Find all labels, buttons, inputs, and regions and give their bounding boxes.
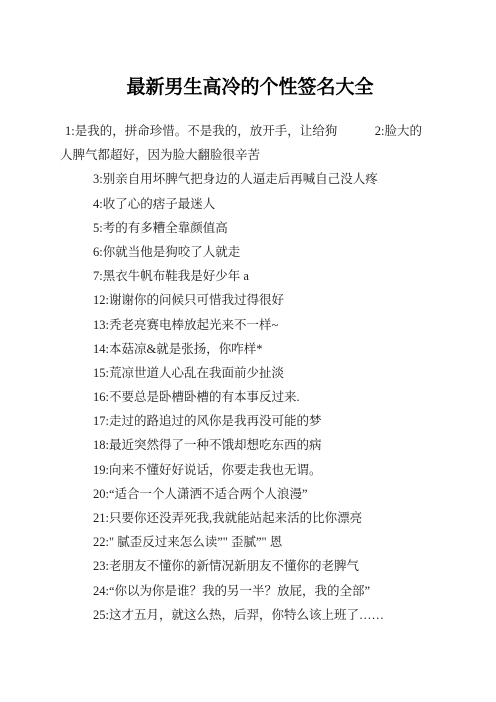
text-line: 21:只要你还没弄死我,我就能站起来活的比你漂亮	[60, 506, 440, 530]
text-line: 7:黑衣牛帆布鞋我是好少年 a	[60, 264, 440, 288]
text-line: 13:秃老亮赛电棒放起光来不一样~	[60, 313, 440, 337]
page-title: 最新男生高冷的个性签名大全	[60, 76, 440, 99]
text-line: 3:别亲自用坏脾气把身边的人逼走后再喊自己没人疼	[60, 167, 440, 191]
document-body: 1:是我的，拼命珍惜。不是我的，放开手，让给狗 2:脸大的 人脾气都超好，因为脸…	[60, 119, 440, 627]
text-line: 19:向来不懂好好说话，你要走我也无谓。	[60, 458, 440, 482]
text-line: 25:这才五月，就这么热，后羿，你特么该上班了……	[60, 603, 440, 627]
text-line: 1:是我的，拼命珍惜。不是我的，放开手，让给狗 2:脸大的	[60, 119, 440, 143]
text-line: 16:不要总是卧槽卧槽的有本事反过来.	[60, 385, 440, 409]
text-line: 18:最近突然得了一种不饿却想吃东西的病	[60, 433, 440, 457]
text-line: 人脾气都超好，因为脸大翻脸很辛苦	[60, 143, 440, 167]
text-line: 12:谢谢你的问候只可惜我过得很好	[60, 288, 440, 312]
text-line: 20:“适合一个人潇洒不适合两个人浪漫”	[60, 482, 440, 506]
text-line: 6:你就当他是狗咬了人就走	[60, 240, 440, 264]
text-line: 24:“你以为你是谁？我的另一半？放屁，我的全部”	[60, 579, 440, 603]
text-line: 14:本菇凉&就是张扬，你咋样*	[60, 337, 440, 361]
text-line: 22:" 腻歪反过来怎么读”" 歪腻”" 恩	[60, 530, 440, 554]
document-page: 最新男生高冷的个性签名大全 1:是我的，拼命珍惜。不是我的，放开手，让给狗 2:…	[0, 0, 496, 702]
text-line: 15:荒凉世道人心乱在我面前少扯淡	[60, 361, 440, 385]
text-line: 17:走过的路追过的风你是我再没可能的梦	[60, 409, 440, 433]
text-line: 4:收了心的痞子最迷人	[60, 192, 440, 216]
text-line: 23:老朋友不懂你的新情况新朋友不懂你的老脾气	[60, 554, 440, 578]
text-line: 5:考的有多糟全靠颜值高	[60, 216, 440, 240]
